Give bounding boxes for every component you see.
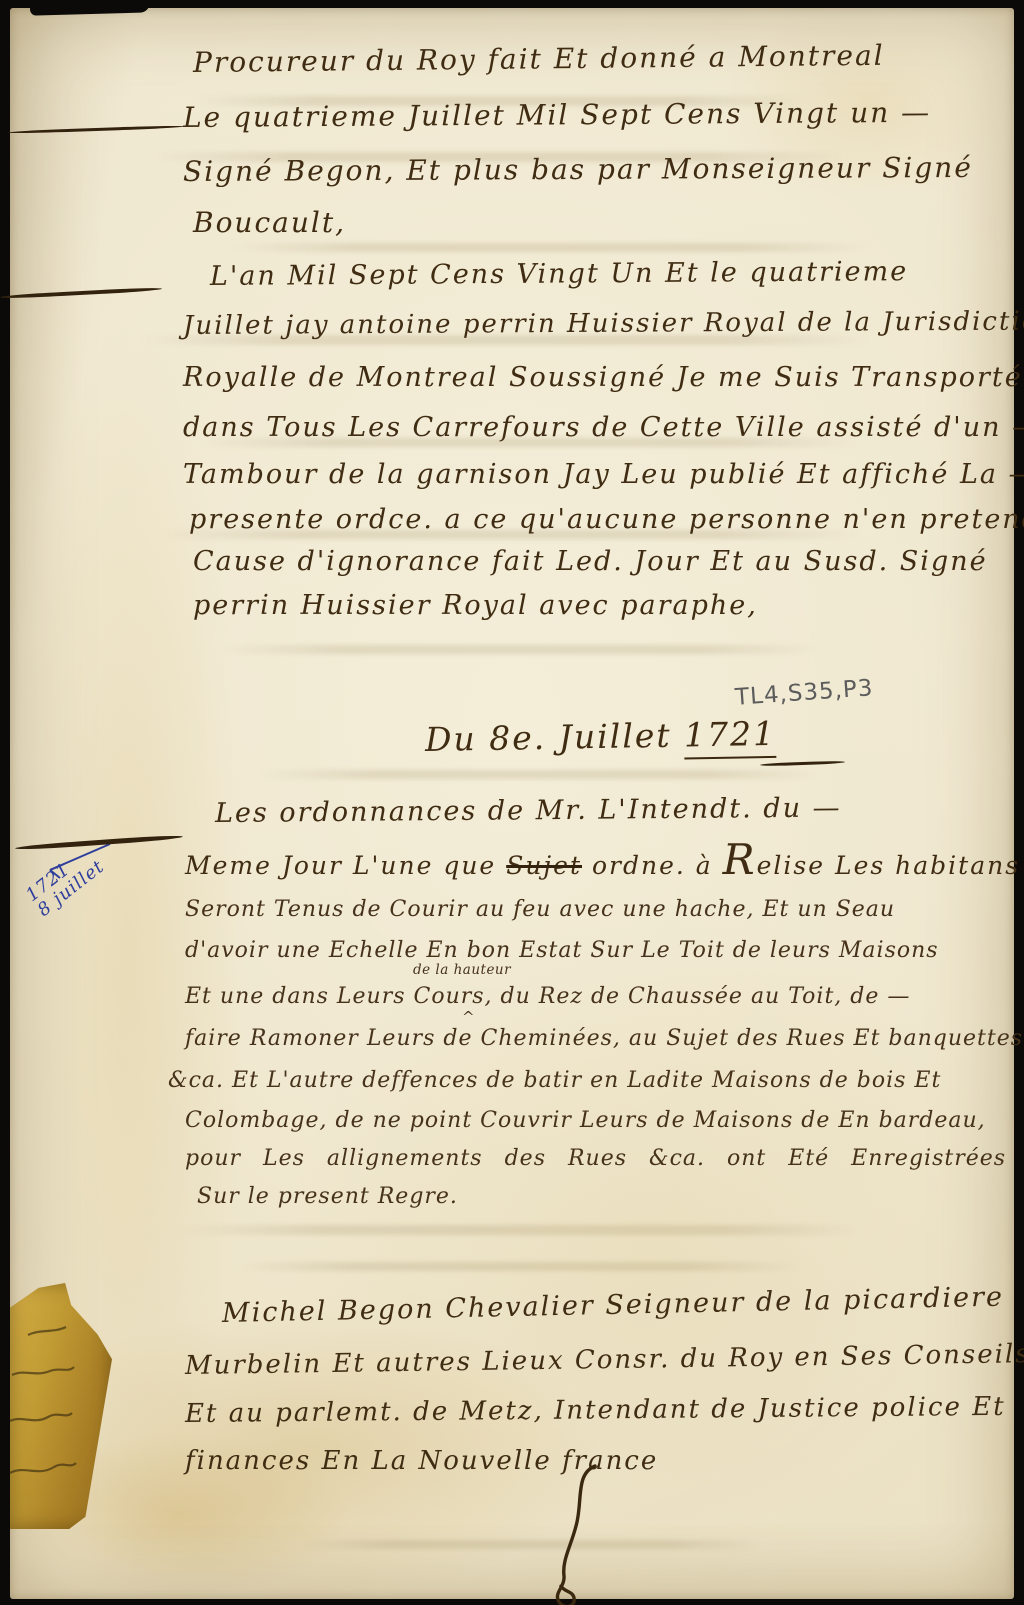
bleedthrough-line: [180, 1225, 860, 1235]
bleedthrough-line: [240, 1262, 800, 1271]
manuscript-line: dans Tous Les Carrefours de Cette Ville …: [183, 412, 1024, 443]
insertion-caret: ^: [462, 1008, 476, 1026]
manuscript-line: Les ordonnances de Mr. L'Intendt. du —: [215, 793, 842, 829]
manuscript-line: Et une dans Leurs Cours, du Rez de Chaus…: [185, 984, 910, 1009]
line-fragment: elise Les habitans: [757, 851, 1020, 880]
manuscript-line: Cause d'ignorance fait Led. Jour Et au S…: [193, 546, 988, 577]
taped-fragment-script-marks: [10, 1283, 112, 1529]
interline-insertion: de la hauteur: [413, 962, 511, 978]
manuscript-scan-page: Procureur du Roy fait Et donné a Montrea…: [0, 0, 1024, 1605]
manuscript-line: L'an Mil Sept Cens Vingt Un Et le quatri…: [210, 256, 908, 292]
manuscript-line-with-strikeout: Meme Jour L'une que Sujet ordne. à Relis…: [185, 851, 1020, 880]
manuscript-line: Sur le present Regre.: [197, 1184, 458, 1209]
bleedthrough-line: [260, 770, 820, 779]
manuscript-line: Le quatrieme Juillet Mil Sept Cens Vingt…: [183, 96, 931, 134]
manuscript-line: pour Les allignements des Rues &ca. ont …: [185, 1146, 1006, 1171]
manuscript-line: d'avoir une Echelle En bon Estat Sur Le …: [185, 938, 939, 963]
manuscript-line: Signé Begon, Et plus bas par Monseigneur…: [183, 151, 973, 188]
bleedthrough-line: [220, 645, 820, 654]
line-fragment: ordne. à: [582, 851, 723, 880]
line-fragment: Meme Jour L'une que: [185, 851, 506, 880]
heading-text: Du 8e. Juillet: [425, 715, 685, 759]
struck-word: Sujet: [506, 851, 582, 880]
manuscript-line: Juillet jay antoine perrin Huissier Roya…: [183, 306, 1024, 341]
manuscript-line: perrin Huissier Royal avec paraphe,: [193, 590, 758, 621]
manuscript-line: Tambour de la garnison Jay Leu publié Et…: [183, 459, 1024, 490]
manuscript-line: Colombage, de ne point Couvrir Leurs de …: [185, 1108, 986, 1133]
manuscript-line: Seront Tenus de Courir au feu avec une h…: [185, 897, 895, 922]
flourished-capital: R: [723, 836, 757, 885]
manuscript-line: &ca. Et L'autre deffences de batir en La…: [168, 1068, 941, 1093]
heading-year: 1721: [684, 714, 777, 760]
bleedthrough-line: [300, 1540, 760, 1549]
section-heading-date: Du 8e. Juillet 1721: [425, 714, 777, 759]
bleedthrough-line: [230, 243, 870, 252]
manuscript-line: faire Ramoner Leurs de Cheminées, au Suj…: [185, 1026, 1023, 1051]
manuscript-line: Boucault,: [193, 206, 346, 239]
brace-flourish: [545, 1462, 615, 1604]
manuscript-line: presente ordce. a ce qu'aucune personne …: [189, 504, 1024, 535]
manuscript-line: Royalle de Montreal Soussigné Je me Suis…: [183, 362, 1024, 393]
